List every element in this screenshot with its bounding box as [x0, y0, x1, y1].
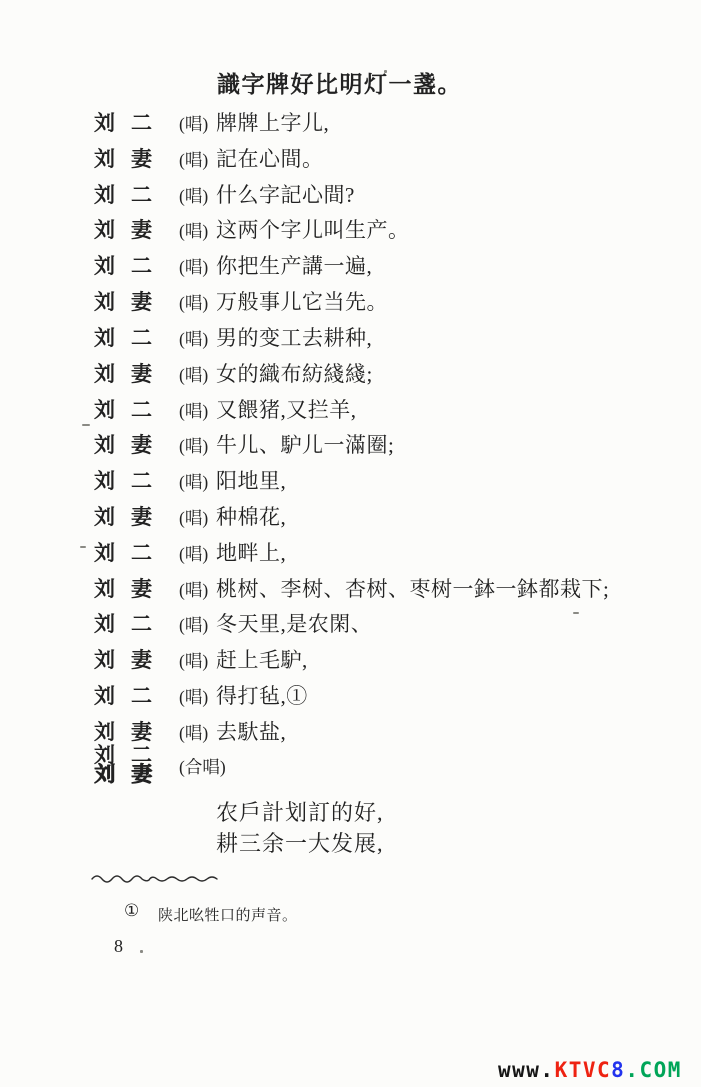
scan-artifact [80, 546, 86, 548]
lyric-text: 得打毡,① [216, 684, 308, 709]
speaker-char: 二 [131, 326, 152, 351]
dialogue-row: 刘妻(唱)种棉花, [0, 505, 701, 531]
dialogue-row: 刘二(唱)阳地里, [0, 469, 701, 495]
speaker-char: 刘 [94, 577, 115, 602]
scanned-book-page: 識字牌好比明灯一盞。 刘二(唱)牌牌上字儿,刘妻(唱)記在心間。刘二(唱)什么字… [0, 0, 701, 1087]
speaker-name: 刘二 [94, 326, 152, 351]
speaker-name: 刘妻 [94, 290, 152, 315]
chorus-line: 耕三余一大发展, [216, 831, 384, 857]
lyric-text: 地畔上, [216, 541, 286, 566]
speaker-char: 二 [131, 111, 152, 136]
dialogue-row: 刘二(唱)男的变工去耕种, [0, 326, 701, 352]
lyric-text: 男的变工去耕种, [216, 326, 372, 351]
speaker-char: 二 [131, 541, 152, 566]
lyric-text: 牛儿、馿儿一滿圈; [216, 433, 394, 458]
sing-tag: (唱) [179, 543, 208, 566]
lyric-text: 桃树、李树、杏树、枣树一鉢一鉢都栽下; [216, 577, 609, 602]
dialogue-row: 刘二(唱)你把生产講一遍, [0, 254, 701, 280]
speaker-char: 刘 [94, 111, 115, 136]
chorus-line: 农戶計划訂的好, [216, 800, 384, 826]
speaker-name: 刘二 [94, 254, 152, 279]
dialogue-row: 刘二(唱)得打毡,① [0, 684, 701, 710]
speaker-char: 刘 [94, 505, 115, 530]
speaker-char: 刘 [94, 326, 115, 351]
sing-tag: (唱) [179, 113, 208, 136]
scan-artifact [140, 950, 143, 953]
speaker-char: 二 [131, 398, 152, 423]
sing-tag: (唱) [179, 292, 208, 315]
speaker-name: 刘二 [94, 469, 152, 494]
speaker-char: 妻 [131, 720, 152, 745]
watermark-segment: KTVC [555, 1058, 612, 1082]
footnote-divider-wavy-line [90, 872, 222, 884]
sing-tag: (唱) [179, 686, 208, 709]
lyric-text: 赶上毛馿, [216, 648, 308, 673]
speaker-char: 刘 [94, 147, 115, 172]
speaker-name: 刘二 [94, 183, 152, 208]
lyric-text: 記在心間。 [216, 147, 324, 172]
site-watermark: www.KTVC8.COM [498, 1058, 682, 1082]
dialogue-row: 刘妻(唱)女的織布紡綫綫; [0, 362, 701, 388]
page-title: 識字牌好比明灯一盞。 [217, 72, 462, 98]
lyric-text: 万般事儿它当先。 [216, 290, 388, 315]
sing-tag: (唱) [179, 364, 208, 387]
sing-tag: (唱) [179, 722, 208, 745]
lyric-text: 去馱盐, [216, 720, 286, 745]
scan-artifact [384, 70, 387, 73]
sing-tag: (唱) [179, 220, 208, 243]
speaker-char: 刘 [94, 469, 115, 494]
speaker-name: 刘二 [94, 541, 152, 566]
speaker-name: 刘妻 [94, 218, 152, 243]
lyric-text: 这两个字儿叫生产。 [216, 218, 410, 243]
speaker-char: 妻 [131, 648, 152, 673]
speaker-char: 二 [131, 469, 152, 494]
lyric-text: 冬天里,是农閑、 [216, 612, 372, 637]
lyric-text: 种棉花, [216, 505, 286, 530]
sing-tag: (唱) [179, 507, 208, 530]
speaker-name: 刘二 [94, 684, 152, 709]
speaker-name: 刘妻 [94, 648, 152, 673]
sing-tag: (唱) [179, 256, 208, 279]
dialogue-row: 刘二(唱)牌牌上字儿, [0, 111, 701, 137]
lyric-text: 什么字記心間? [216, 183, 355, 208]
lyric-text: 你把生产講一遍, [216, 254, 372, 279]
dialogue-row: 刘妻(唱)赶上毛馿, [0, 648, 701, 674]
lyric-text: 牌牌上字儿, [216, 111, 329, 136]
duet-speaker-bottom-surname: 刘 [94, 763, 115, 785]
speaker-char: 二 [131, 183, 152, 208]
footnote-marker: ① [124, 901, 139, 921]
sing-tag: (唱) [179, 435, 208, 458]
sing-tag: (唱) [179, 471, 208, 494]
speaker-char: 妻 [131, 218, 152, 243]
speaker-char: 刘 [94, 183, 115, 208]
watermark-segment: .COM [625, 1058, 682, 1082]
speaker-char: 妻 [131, 147, 152, 172]
dialogue-row: 刘二(唱)地畔上, [0, 541, 701, 567]
sing-tag: (唱) [179, 614, 208, 637]
lyric-text: 又餵猪,又拦羊, [216, 398, 357, 423]
sing-tag: (唱) [179, 400, 208, 423]
duet-sing-tag: (合唱) [179, 754, 226, 779]
speaker-name: 刘妻 [94, 433, 152, 458]
speaker-char: 刘 [94, 254, 115, 279]
speaker-char: 妻 [131, 290, 152, 315]
speaker-char: 刘 [94, 648, 115, 673]
speaker-char: 刘 [94, 362, 115, 387]
sing-tag: (唱) [179, 328, 208, 351]
speaker-char: 妻 [131, 433, 152, 458]
speaker-char: 二 [131, 612, 152, 637]
speaker-name: 刘二 [94, 612, 152, 637]
scan-artifact [82, 424, 90, 426]
speaker-name: 刘妻 [94, 720, 152, 745]
dialogue-row: 刘二(唱)冬天里,是农閑、 [0, 612, 701, 638]
page-number: 8 [114, 936, 123, 957]
speaker-char: 刘 [94, 290, 115, 315]
scan-artifact [573, 612, 579, 614]
speaker-char: 妻 [131, 577, 152, 602]
speaker-char: 刘 [94, 541, 115, 566]
speaker-char: 刘 [94, 433, 115, 458]
speaker-name: 刘妻 [94, 362, 152, 387]
sing-tag: (唱) [179, 650, 208, 673]
speaker-name: 刘二 [94, 398, 152, 423]
speaker-char: 刘 [94, 218, 115, 243]
dialogue-row: 刘二(唱)又餵猪,又拦羊, [0, 398, 701, 424]
speaker-char: 刘 [94, 684, 115, 709]
watermark-segment: www. [498, 1058, 555, 1082]
speaker-char: 刘 [94, 398, 115, 423]
speaker-name: 刘妻 [94, 577, 152, 602]
speaker-char: 二 [131, 254, 152, 279]
dialogue-row: 刘妻(唱)牛儿、馿儿一滿圈; [0, 433, 701, 459]
speaker-char: 妻 [131, 505, 152, 530]
sing-tag: (唱) [179, 149, 208, 172]
watermark-segment: 8 [611, 1058, 625, 1082]
lyric-text: 阳地里, [216, 469, 286, 494]
footnote-text: 陕北吆牲口的声音。 [158, 904, 298, 925]
speaker-char: 二 [131, 684, 152, 709]
dialogue-row: 刘妻(唱)这两个字儿叫生产。 [0, 218, 701, 244]
dialogue-row: 刘妻(唱)万般事儿它当先。 [0, 290, 701, 316]
speaker-name: 刘妻 [94, 147, 152, 172]
duet-speaker-bottom-given: 妻 [131, 763, 152, 785]
speaker-name: 刘妻 [94, 505, 152, 530]
speaker-char: 妻 [131, 362, 152, 387]
speaker-char: 刘 [94, 720, 115, 745]
sing-tag: (唱) [179, 579, 208, 602]
duet-speaker-bottom: 刘 妻 [94, 763, 152, 785]
speaker-name: 刘二 [94, 111, 152, 136]
lyric-text: 女的織布紡綫綫; [216, 362, 373, 387]
dialogue-row: 刘妻(唱)桃树、李树、杏树、枣树一鉢一鉢都栽下; [0, 577, 701, 603]
speaker-char: 刘 [94, 612, 115, 637]
sing-tag: (唱) [179, 185, 208, 208]
dialogue-row: 刘二(唱)什么字記心間? [0, 183, 701, 209]
dialogue-row: 刘妻(唱)記在心間。 [0, 147, 701, 173]
